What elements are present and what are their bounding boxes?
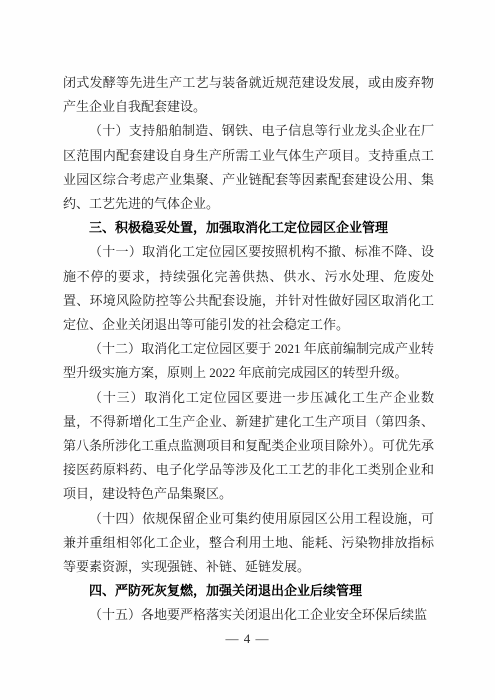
paragraph-item-14: （十四）依规保留企业可集约使用原园区公用工程设施，可兼并重组相邻化工企业，整合利… — [63, 507, 434, 580]
page-number: — 4 — — [0, 631, 495, 647]
paragraph-item-13: （十三）取消化工定位园区要进一步压减化工生产企业数量，不得新增化工生产企业、新建… — [63, 386, 434, 507]
paragraph-item-15: （十五）各地要严格落实关闭退出化工企业安全环保后续监 — [63, 603, 434, 627]
paragraph-item-10: （十）支持船舶制造、钢铁、电子信息等行业龙头企业在厂区范围内配套建设自身生产所需… — [63, 119, 434, 216]
document-page: 闭式发酵等先进生产工艺与装备就近规范建设发展，或由废弃物产生企业自我配套建设。 … — [0, 0, 495, 700]
section-heading-3: 三、积极稳妥处置，加强取消化工定位园区企业管理 — [63, 216, 434, 240]
document-body: 闭式发酵等先进生产工艺与装备就近规范建设发展，或由废弃物产生企业自我配套建设。 … — [63, 71, 434, 628]
section-heading-4: 四、严防死灰复燃，加强关闭退出企业后续管理 — [63, 579, 434, 603]
paragraph-continuation: 闭式发酵等先进生产工艺与装备就近规范建设发展，或由废弃物产生企业自我配套建设。 — [63, 71, 434, 119]
paragraph-item-12: （十二）取消化工定位园区要于 2021 年底前编制完成产业转型升级实施方案，原则… — [63, 337, 434, 385]
paragraph-item-11: （十一）取消化工定位园区要按照机构不撤、标准不降、设施不停的要求，持续强化完善供… — [63, 240, 434, 337]
